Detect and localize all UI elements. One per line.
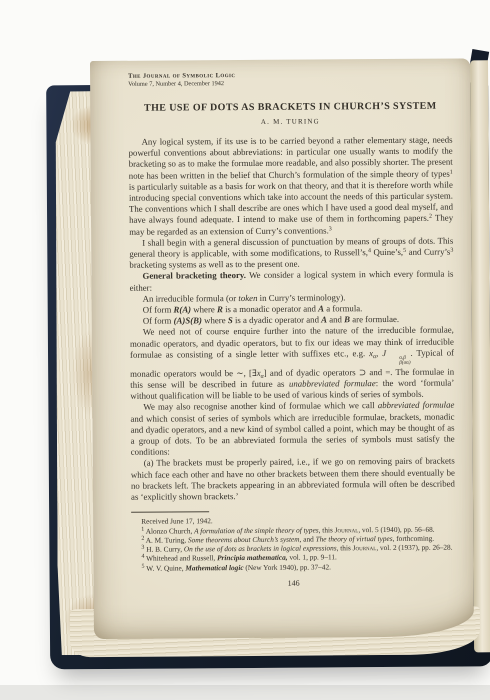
text-segment: , this: [319, 525, 335, 534]
cited-title: A formulation of the simple theory of ty…: [194, 525, 319, 535]
book: The Journal of Symbolic Logic Volume 7, …: [0, 0, 490, 700]
footnotes: Received June 17, 1942. 1 Alonzo Church,…: [131, 515, 455, 573]
cited-title: Principia mathematica,: [217, 553, 288, 562]
text-segment: H. B. Curry,: [144, 545, 184, 554]
cited-title: Mathematical logic: [185, 563, 243, 572]
text-segment: , this: [337, 543, 353, 552]
text-segment: in Curry’s terminology).: [257, 292, 345, 303]
article-title: THE USE OF DOTS AS BRACKETS IN CHURCH’S …: [128, 101, 452, 114]
paragraph-unabbreviated: We need not of course enquire further in…: [130, 325, 455, 402]
text-segment: , and: [300, 534, 316, 543]
text-segment: , vol. 5 (1940), pp. 56–68.: [358, 524, 434, 534]
text-segment: Alonzo Church,: [144, 526, 194, 535]
paragraph-condition-a: (a) The brackets must be properly paired…: [131, 456, 455, 503]
journal-issue: Volume 7, Number 4, December 1942: [128, 79, 452, 88]
text-segment: are formulae.: [350, 314, 399, 324]
cited-title: The theory of virtual types: [316, 534, 393, 544]
text-segment: An irreducible formula (or: [143, 293, 239, 304]
text-segment: where: [191, 304, 217, 314]
paragraph-dots-overview: I shall begin with a general discussion …: [129, 235, 453, 271]
footnote-ref-3b: 3: [450, 248, 453, 254]
text-segment: A. M. Turing,: [144, 535, 188, 544]
italic-term: unabbreviated formulae: [289, 378, 376, 389]
math-sup-sub: α,ββ(σα): [386, 356, 410, 367]
journal-smallcaps: Journal: [335, 525, 359, 534]
page-number: 146: [132, 578, 456, 589]
footnote-rule: [131, 511, 209, 513]
paragraph-abbreviated: We may also recognise another kind of fo…: [130, 400, 454, 458]
footnote-5: 5 W. V. Quine, Mathematical logic (New Y…: [131, 561, 455, 573]
text-segment: and Curry’s: [406, 247, 450, 257]
footnote-ref-3: 3: [329, 226, 332, 232]
text-segment: is a monadic operator and: [223, 304, 318, 315]
paragraph-section-heading: General bracketing theory. We consider a…: [129, 269, 453, 294]
book-page: The Journal of Symbolic Logic Volume 7, …: [90, 58, 474, 639]
photo-background: The Journal of Symbolic Logic Volume 7, …: [0, 0, 490, 700]
text-segment: and which consist of series of symbols w…: [130, 411, 454, 457]
article-body: Any logical system, if its use is to be …: [129, 135, 456, 503]
text-segment: , vol. 2 (1937), pp. 26–28.: [376, 543, 452, 553]
text-segment: is particularly suitable as a basis for …: [129, 179, 453, 225]
text-segment: Any logical system, if its use is to be …: [129, 135, 453, 181]
text-segment: vol. 1, pp. 9–11.: [288, 553, 337, 562]
text-segment: where: [202, 315, 228, 325]
text-segment: Quine’s,: [371, 247, 403, 257]
text-segment: Of form: [143, 316, 174, 326]
text-segment: Whitehead and Russell,: [144, 554, 217, 564]
footnote-ref-1: 1: [450, 169, 453, 175]
paragraph-introduction: Any logical system, if its use is to be …: [129, 135, 454, 238]
text-segment: Of form: [143, 305, 174, 315]
cited-title: Some theorems about Church’s system: [188, 534, 300, 544]
formula-symbol: (A)S(B): [174, 316, 202, 326]
text-segment: (a) The brackets must be properly paired…: [131, 456, 455, 502]
text-segment: We may also recognise another kind of fo…: [143, 400, 377, 412]
text-segment: bracketing systems as well as to the pre…: [129, 259, 299, 270]
formula-symbol: R(A): [173, 304, 191, 314]
text-segment: and: [327, 315, 344, 325]
text-segment: , forthcoming.: [393, 533, 435, 542]
italic-term: token: [238, 293, 257, 303]
article-author: A. M. TURING: [128, 117, 452, 127]
journal-header: The Journal of Symbolic Logic Volume 7, …: [128, 71, 452, 88]
italic-term: abbreviated formulae: [378, 400, 455, 411]
journal-smallcaps: Journal: [353, 543, 377, 552]
text-segment: W. V. Quine,: [144, 563, 185, 572]
section-heading: General bracketing theory.: [142, 270, 246, 281]
text-segment: is a dyadic operator and: [233, 315, 322, 326]
text-segment: a formula.: [324, 303, 362, 313]
text-segment: (New York 1940), pp. 37–42.: [244, 562, 331, 572]
